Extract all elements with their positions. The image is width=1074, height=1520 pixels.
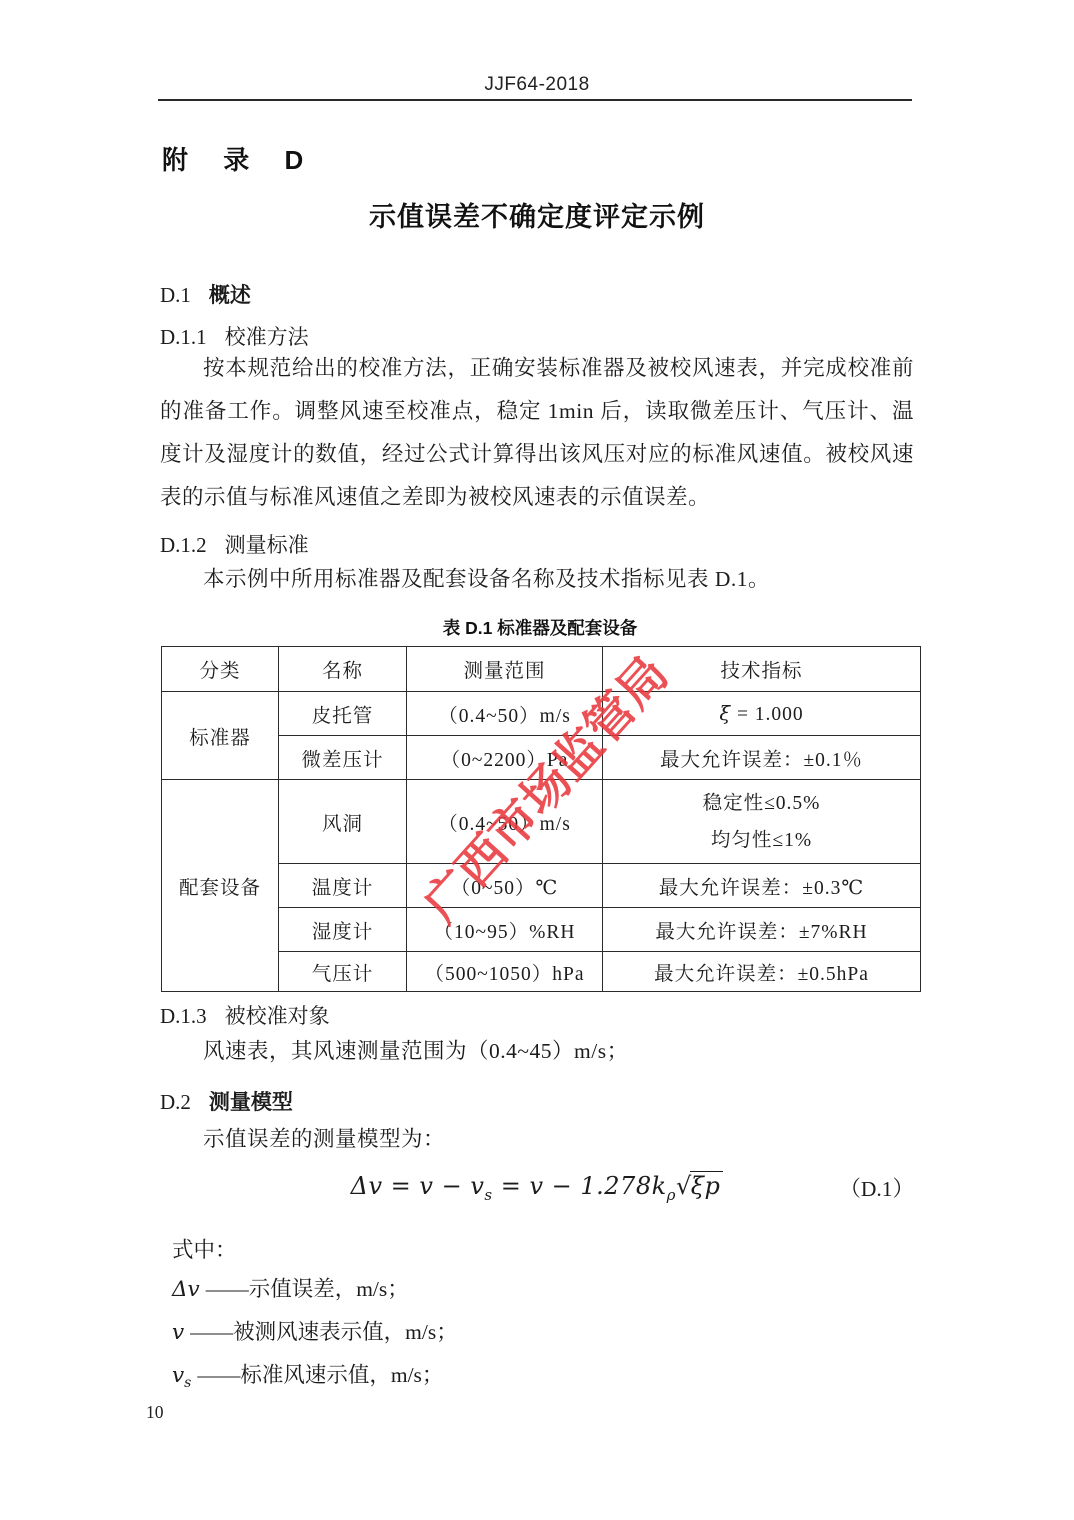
section-number: D.2 (160, 1090, 191, 1114)
group-cell-auxiliary: 配套设备 (162, 780, 279, 992)
section-number: D.1.2 (160, 533, 207, 557)
cell-name: 温度计 (279, 864, 407, 908)
section-number: D.1.1 (160, 325, 207, 349)
paragraph-calibration-method: 按本规范给出的校准方法，正确安装标准器及被校风速表，并完成校准前的准备工作。调整… (160, 347, 914, 519)
subscript-s: s (484, 1186, 492, 1204)
cell-spec: 最大允许误差：±0.3℃ (603, 864, 921, 908)
cell-range: （0.4~50）m/s (407, 780, 603, 864)
paragraph-measurement-standard: 本示例中所用标准器及配套设备名称及技术指标见表 D.1。 (160, 558, 914, 601)
section-title: 概述 (209, 284, 251, 307)
cell-name: 皮托管 (279, 692, 407, 736)
formula-number: （D.1） (839, 1172, 914, 1203)
cell-name: 风洞 (279, 780, 407, 864)
cell-range: （0~2200）Pa (407, 736, 603, 780)
cell-range: （0~50）℃ (407, 864, 603, 908)
section-title: 测量模型 (209, 1091, 293, 1114)
definition-text: ——标准风速示值，m/s； (197, 1363, 443, 1387)
cell-spec: 最大允许误差：±0.5hPa (603, 952, 921, 992)
document-page: JJF64-2018 附 录 D 示值误差不确定度评定示例 D.1概述 D.1.… (0, 0, 1074, 1520)
definition-delta-v: Δv——示值误差，m/s； (172, 1272, 409, 1305)
cell-name: 微差压计 (279, 736, 407, 780)
document-number: JJF64-2018 (0, 74, 1074, 96)
column-header-name: 名称 (279, 647, 407, 692)
column-header-spec: 技术指标 (603, 647, 921, 692)
definition-text: ——示值误差，m/s； (206, 1277, 409, 1301)
cell-name: 湿度计 (279, 908, 407, 952)
table-caption: 表 D.1 标准器及配套设备 (160, 615, 920, 640)
section-heading-d2: D.2测量模型 (160, 1086, 293, 1116)
cell-name: 气压计 (279, 952, 407, 992)
definition-vs: vs——标准风速示值，m/s； (172, 1358, 443, 1391)
column-header-category: 分类 (162, 647, 279, 692)
table-header-row: 分类 名称 测量范围 技术指标 (162, 647, 921, 692)
table-row: 标准器 皮托管 （0.4~50）m/s ξ = 1.000 (162, 692, 921, 736)
cell-spec: 最大允许误差：±7%RH (603, 908, 921, 952)
section-heading-d13: D.1.3被校准对象 (160, 1000, 330, 1030)
xi-value: = 1.000 (731, 704, 804, 725)
spec-line-1: 稳定性≤0.5% (607, 785, 916, 822)
symbol: vs (172, 1363, 191, 1388)
radicand: ξp (690, 1171, 724, 1200)
subscript-rho: ρ (667, 1186, 676, 1204)
symbol: Δv (172, 1277, 200, 1302)
section-heading-d1: D.1概述 (160, 279, 251, 309)
formula-expression: Δv = v − vs = v − 1.278kρ√ξp (160, 1172, 914, 1204)
xi-symbol: ξ (719, 702, 731, 725)
definition-v: v——被测风速表示值，m/s； (172, 1315, 458, 1348)
definition-text: ——被测风速表示值，m/s； (190, 1320, 458, 1344)
page-title: 示值误差不确定度评定示例 (0, 195, 1074, 234)
group-cell-standards: 标准器 (162, 692, 279, 780)
cell-range: （10~95）%RH (407, 908, 603, 952)
cell-range: （500~1050）hPa (407, 952, 603, 992)
appendix-label: 附 录 D (162, 140, 317, 177)
paragraph-calibrated-object: 风速表，其风速测量范围为（0.4~45）m/s； (160, 1030, 914, 1073)
section-heading-d12: D.1.2测量标准 (160, 529, 309, 559)
table-row: 配套设备 风洞 （0.4~50）m/s 稳定性≤0.5% 均匀性≤1% (162, 780, 921, 864)
column-header-range: 测量范围 (407, 647, 603, 692)
section-title: 测量标准 (225, 533, 309, 557)
spec-line-2: 均匀性≤1% (607, 822, 916, 859)
cell-spec: ξ = 1.000 (603, 692, 921, 736)
paragraph-model-intro: 示值误差的测量模型为： (160, 1118, 914, 1161)
symbol: v (172, 1320, 184, 1345)
page-number: 10 (146, 1402, 164, 1423)
header-divider (158, 99, 912, 101)
section-number: D.1 (160, 283, 191, 307)
where-intro: 式中： (172, 1233, 237, 1264)
section-title: 校准方法 (225, 325, 309, 349)
cell-spec: 稳定性≤0.5% 均匀性≤1% (603, 780, 921, 864)
formula-d1: Δv = v − vs = v − 1.278kρ√ξp （D.1） (160, 1168, 914, 1212)
cell-spec: 最大允许误差：±0.1％ (603, 736, 921, 780)
cell-range: （0.4~50）m/s (407, 692, 603, 736)
section-title: 被校准对象 (225, 1004, 330, 1028)
formula-part2: = v − 1.278k (493, 1172, 667, 1200)
section-number: D.1.3 (160, 1004, 207, 1028)
formula-part1: Δv = v − v (351, 1172, 485, 1200)
equipment-table: 分类 名称 测量范围 技术指标 标准器 皮托管 （0.4~50）m/s ξ = … (161, 646, 921, 992)
